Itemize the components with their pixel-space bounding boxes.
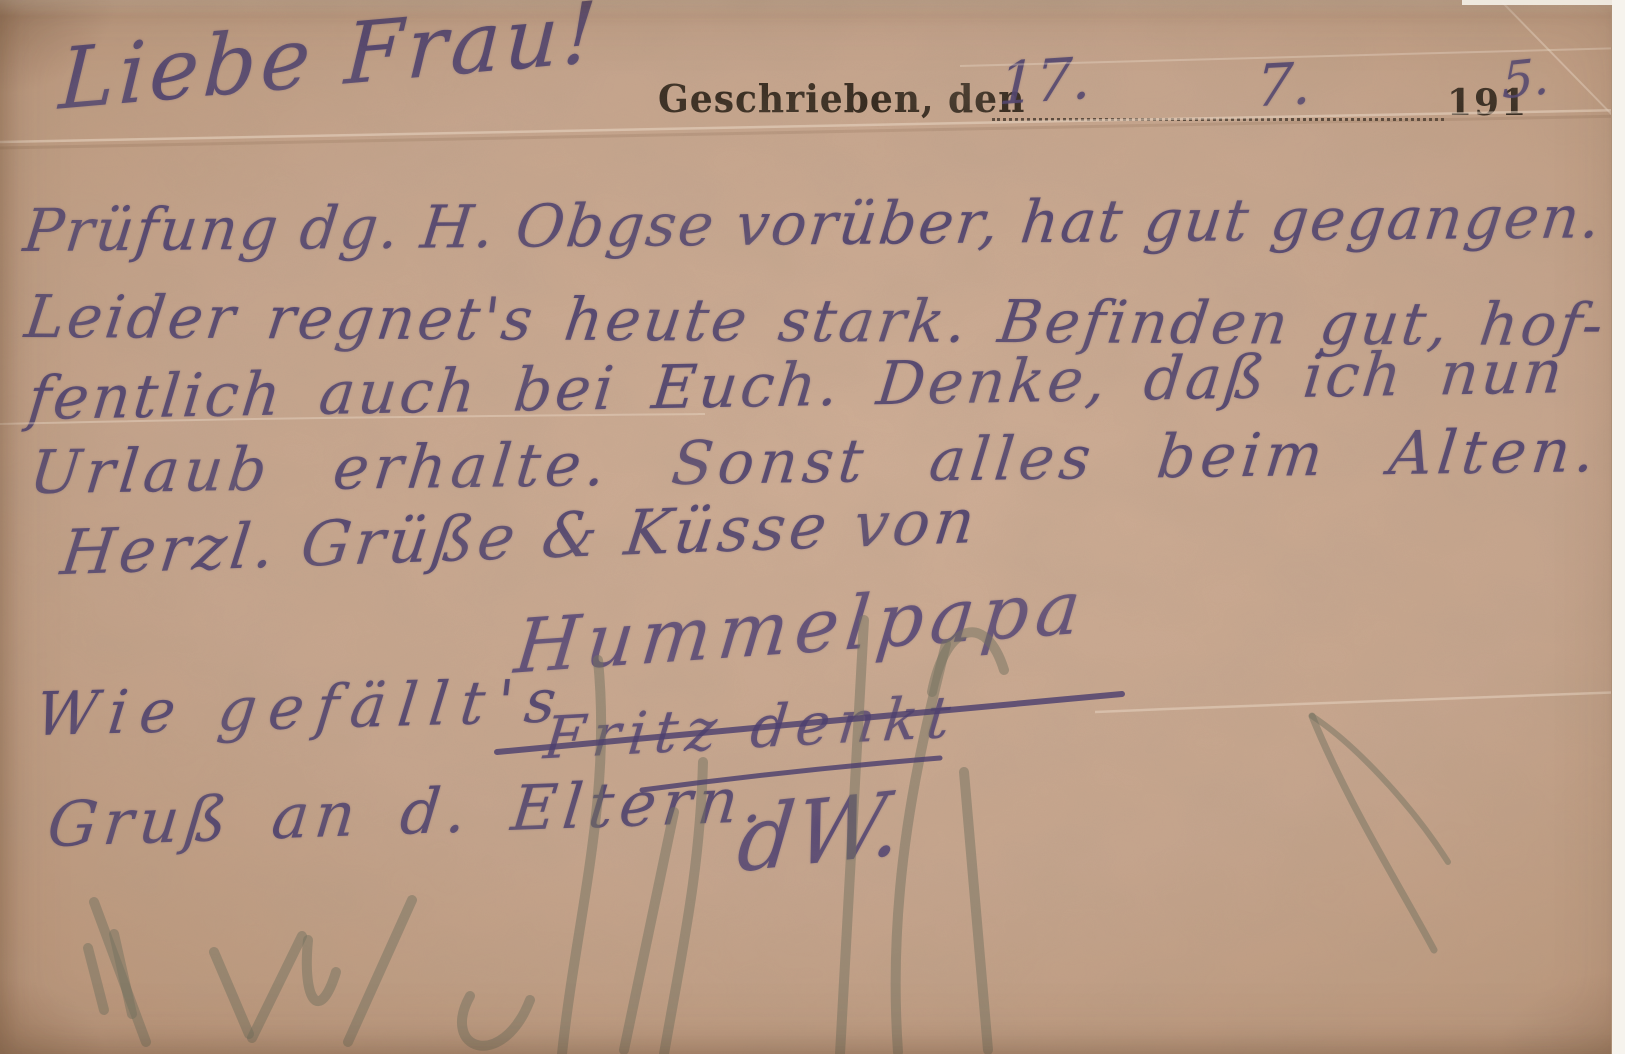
- body-line-1: Prüfung dg. H. Obgse vorüber, hat gut ge…: [20, 182, 1606, 265]
- handwritten-month: 7.: [1254, 49, 1313, 120]
- postscript-line: Wie gefällt's: [32, 666, 572, 750]
- crossed-out-words: Fritz denkt: [541, 682, 962, 772]
- salutation: Liebe Frau!: [57, 0, 603, 129]
- scan-edge-top: [1462, 0, 1612, 5]
- signature: Hummelpapa: [511, 564, 1092, 691]
- corner-shade-bottom-right: [1405, 904, 1625, 1054]
- monogram: dW.: [733, 771, 908, 893]
- greeting-line: Gruß an d. Eltern.: [44, 763, 773, 862]
- scan-edge-right: [1611, 0, 1625, 1054]
- corner-shade-bottom-left: [0, 914, 180, 1054]
- handwritten-year-suffix: 5.: [1502, 47, 1549, 110]
- handwritten-day: 17.: [998, 44, 1092, 119]
- printed-header-label: Geschrieben, den: [658, 76, 1025, 121]
- postcard: Geschrieben, den 191 17. 7. 5. Liebe Fra…: [0, 0, 1625, 1054]
